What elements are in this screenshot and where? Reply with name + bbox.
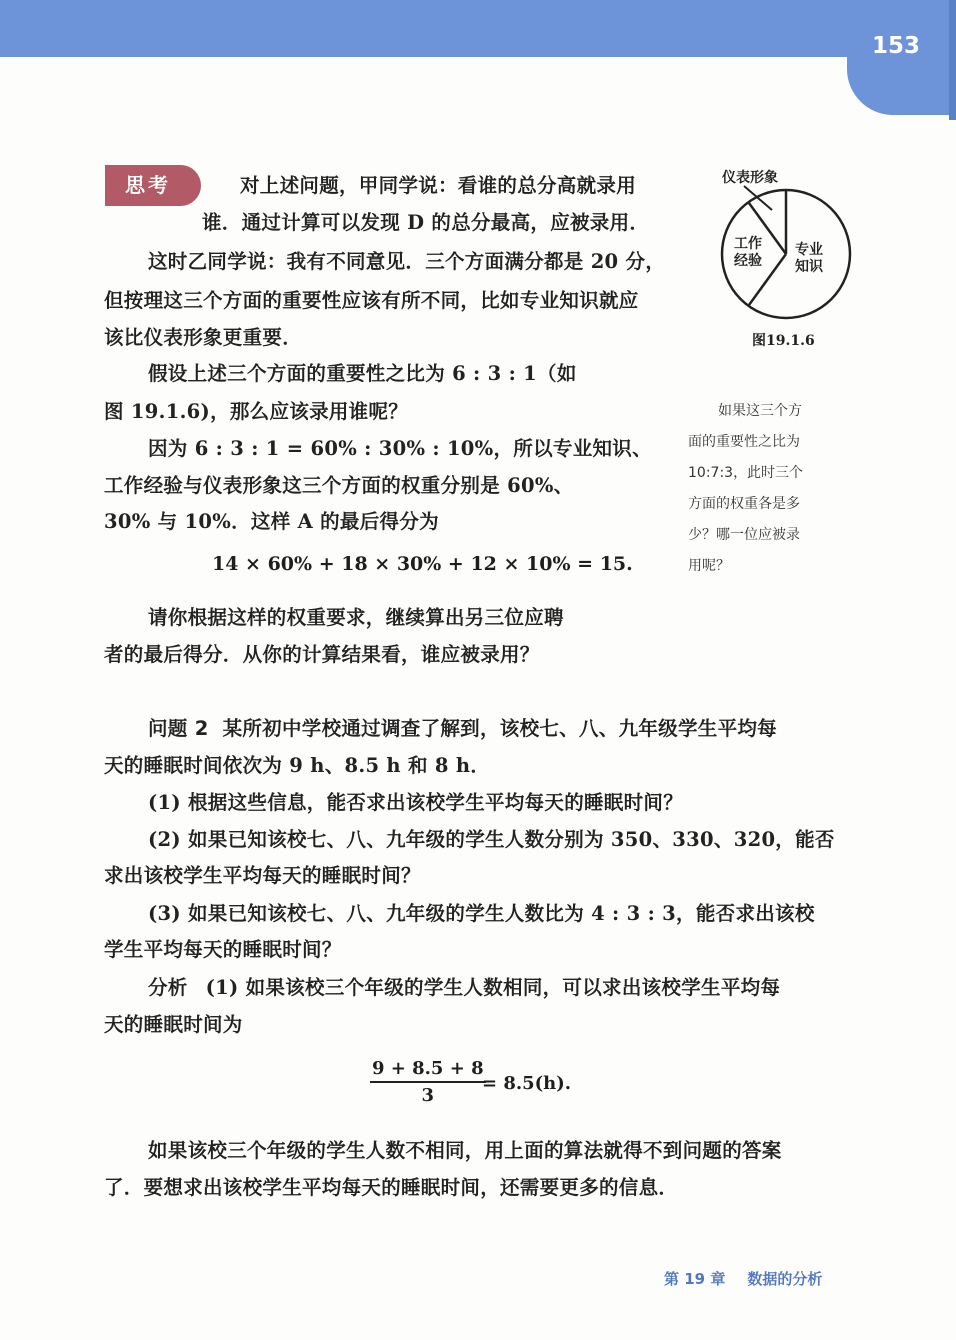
edge-strip [949,0,956,120]
para3-line3: 30% 与 10%．这样 A 的最后得分为 [104,506,439,534]
side-note-line: 方面的权重各是多 [688,489,838,520]
fraction-result: = 8.5(h). [482,1073,571,1094]
problem2-q1: (1) 根据这些信息，能否求出该校学生平均每天的睡眠时间？ [148,787,683,815]
para1-line1: 这时乙同学说：我有不同意见．三个方面满分都是 20 分， [148,246,665,274]
side-note-line: 面的重要性之比为 [688,427,838,458]
para1-line3: 该比仪表形象更重要． [104,322,302,350]
pie-label-experience: 工作 经验 [734,236,762,270]
pie-label-experience-2: 经验 [734,253,762,269]
footer-chapter: 第 19 章 [664,1270,725,1288]
para4-line2: 者的最后得分．从你的计算结果看，谁应被录用？ [104,639,540,667]
pie-label-experience-1: 工作 [734,236,762,252]
fraction-denominator: 3 [370,1085,486,1106]
footer-title: 数据的分析 [747,1270,822,1288]
side-note: 如果这三个方 面的重要性之比为 10:7:3，此时三个 方面的权重各是多 少？哪… [688,396,838,582]
problem2-q2-line2: 求出该校学生平均每天的睡眠时间？ [104,860,421,888]
pie-label-knowledge-2: 知识 [795,259,823,275]
problem2-q2-line1: (2) 如果已知该校七、八、九年级的学生人数分别为 350、330、320，能否 [148,824,835,852]
think-line-1: 对上述问题，甲同学说：看谁的总分高就录用 [240,170,636,198]
page-number: 153 [866,33,926,59]
side-note-line: 少？哪一位应被录 [688,520,838,551]
analysis-line1: 分析(1) 如果该校三个年级的学生人数相同，可以求出该校学生平均每 [148,972,780,1000]
think-line-2: 谁．通过计算可以发现 D 的总分最高，应被录用． [202,207,649,235]
problem2-title: 问题 2 [148,717,209,740]
conclusion-line1: 如果该校三个年级的学生人数不相同，用上面的算法就得不到问题的答案 [148,1135,782,1163]
appearance-leader-line [740,184,780,214]
figure-caption: 图19.1.6 [752,330,815,350]
problem2-line2: 天的睡眠时间依次为 9 h、8.5 h 和 8 h． [104,750,490,778]
chapter-footer: 第 19 章数据的分析 [664,1268,822,1289]
analysis-text-1: (1) 如果该校三个年级的学生人数相同，可以求出该校学生平均每 [206,976,781,999]
pie-label-appearance: 仪表形象 [722,170,778,187]
fraction-bar [370,1081,486,1083]
pie-label-knowledge: 专业 知识 [795,242,823,276]
analysis-line2: 天的睡眠时间为 [104,1009,243,1037]
header-band [0,0,956,57]
problem2-q3-line1: (3) 如果已知该校七、八、九年级的学生人数比为 4 : 3 : 3，能否求出该… [148,898,815,926]
problem2-q3-line2: 学生平均每天的睡眠时间？ [104,934,342,962]
problem2-line1: 问题 2某所初中学校通过调查了解到，该校七、八、九年级学生平均每 [148,713,777,741]
average-fraction: 9 + 8.5 + 8 3 [370,1058,486,1106]
think-badge: 思考 [105,165,201,206]
para1-line2: 但按理这三个方面的重要性应该有所不同，比如专业知识就应 [104,285,639,313]
analysis-label: 分析 [148,976,188,999]
para3-line2: 工作经验与仪表形象这三个方面的权重分别是 60%、 [104,470,573,498]
side-note-line: 用呢？ [688,551,838,582]
pie-label-knowledge-1: 专业 [795,242,823,258]
para3-line1: 因为 6 : 3 : 1 = 60% : 30% : 10%，所以专业知识、 [148,433,652,461]
problem2-intro-1: 某所初中学校通过调查了解到，该校七、八、九年级学生平均每 [223,717,777,740]
para2-line1: 假设上述三个方面的重要性之比为 6 : 3 : 1（如 [148,358,577,386]
side-note-line: 10:7:3，此时三个 [688,458,838,489]
formula-score-a: 14 × 60% + 18 × 30% + 12 × 10% = 15. [212,553,633,575]
para2-line2: 图 19.1.6)，那么应该录用谁呢？ [104,396,408,424]
side-note-line: 如果这三个方 [688,396,838,427]
fraction-numerator: 9 + 8.5 + 8 [370,1058,486,1079]
conclusion-line2: 了．要想求出该校学生平均每天的睡眠时间，还需要更多的信息． [104,1172,678,1200]
para4-line1: 请你根据这样的权重要求，继续算出另三位应聘 [148,602,564,630]
